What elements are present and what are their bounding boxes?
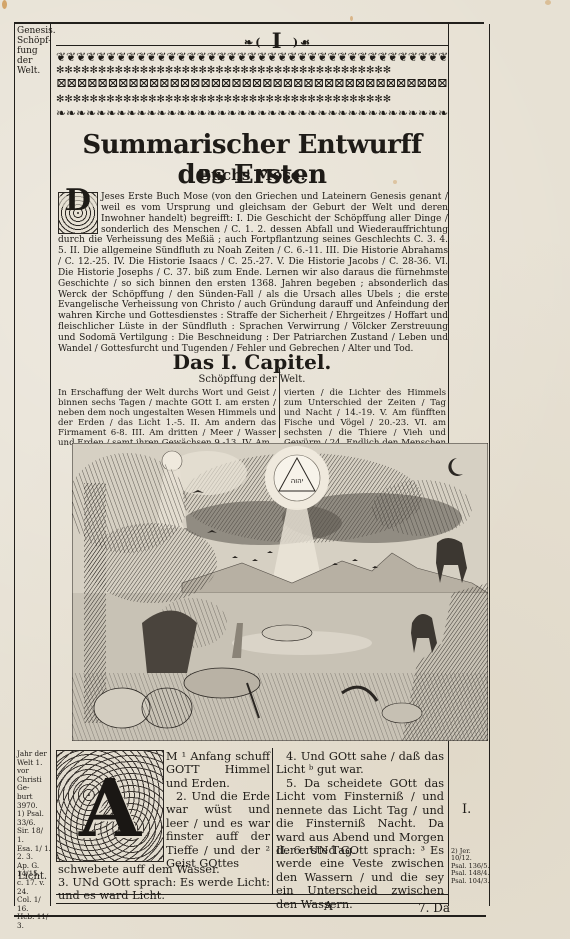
margin-cross-references: 2) Jer. 10/12. Psal. 136/5. Psal. 148/4.… <box>451 848 491 885</box>
margin-note-line: Sir. 18/ 1. <box>17 827 51 844</box>
margin-note-line: Heb. 11/ 3. <box>17 913 51 930</box>
chapter-argument-left: In Erschaffung der Welt durchs Wort und … <box>58 388 276 449</box>
margin-note-line: Welt 1. vor <box>17 759 51 776</box>
verse-1: M ¹ Anfang schuff GOTT Himmel und Erden. <box>166 750 270 790</box>
ornament-row: ✻✻✻✻✻✻✻✻✻✻✻✻✻✻✻✻✻✻✻✻✻✻✻✻✻✻✻✻✻✻✻✻✻✻✻✻✻✻✻✻ <box>56 93 448 107</box>
paper-stain <box>350 16 353 21</box>
creation-engraving: יהוה <box>72 443 488 741</box>
chapter-subtitle: Schöpffung der Welt. <box>56 374 448 385</box>
verse-3: 3. UNd GOtt sprach: Es werde Licht: und … <box>58 876 270 903</box>
verse-2: 2. Und die Erde war wüst und leer / und … <box>166 790 270 870</box>
catchword: 7. Da <box>418 901 450 915</box>
verse-column-divider <box>272 748 273 894</box>
margin-keyword: Licht. <box>18 872 52 882</box>
margin-note-line: 2) Jer. 10/12. <box>451 848 491 863</box>
margin-note-line: Christi Ge- <box>17 776 51 793</box>
ornament-row: ❧❧❧❧❧❧❧❧❧❧❧❧❧❧❧❧❧❧❧❧❧❧❧❧❧❧❧❧❧❧❧❧❧❧❧❧❧❧❧❧ <box>56 106 448 120</box>
fleuron-left-icon: ❧( <box>244 36 262 49</box>
chapter-title: Das I. Capitel. <box>56 350 448 374</box>
running-head-line: Genesis. <box>17 26 51 36</box>
ornament-row: ❦❦❦❦❦❦❦❦❦❦❦❦❦❦❦❦❦❦❦❦❦❦❦❦❦❦❦❦❦❦❦❦❦❦❦❦❦❦❦❦ <box>56 50 448 64</box>
running-head: Genesis. Schöpf- fung der Welt. <box>17 26 51 76</box>
outer-right-rule <box>489 24 490 906</box>
outer-left-rule <box>14 24 15 906</box>
signature-mark: A <box>324 899 333 913</box>
margin-chapter-numeral: I. <box>462 806 471 815</box>
top-rule <box>14 22 484 24</box>
margin-chronology-notes: Jahr der Welt 1. vor Christi Ge- burt 39… <box>17 750 51 930</box>
tetragrammaton-text: יהוה <box>291 477 304 485</box>
paper-stain <box>545 0 551 5</box>
bottom-rule <box>14 915 486 917</box>
summary-text: Jeses Erste Buch Mose (von den Griechen … <box>58 192 448 354</box>
book-summary: D Jeses Erste Buch Mose (von den Grieche… <box>58 192 448 355</box>
decorated-initial-A: A <box>56 750 164 862</box>
engraving-illustration: יהוה <box>72 443 488 741</box>
ornament-row: ⊠⊠⊠⊠⊠⊠⊠⊠⊠⊠⊠⊠⊠⊠⊠⊠⊠⊠⊠⊠⊠⊠⊠⊠⊠⊠⊠⊠⊠⊠⊠⊠⊠⊠⊠⊠⊠⊠⊠⊠ <box>56 77 448 91</box>
margin-note-line: Col. 1/ 16. <box>17 896 51 913</box>
margin-note-line: Esa. 1/ 1. 2. 3. <box>17 845 51 862</box>
verse-2-continued: schwebete auff dem Wasser. <box>58 863 270 876</box>
running-head-line: Schöpf- <box>17 36 51 46</box>
paper-stain <box>2 0 7 9</box>
initial-letter: D <box>59 196 97 207</box>
verse-4: 4. Und GOtt sahe / daß das Licht ᵇ gut w… <box>276 750 444 777</box>
margin-note-line: burt 3970. <box>17 793 51 810</box>
margin-note-line: Psal. 104/3. <box>451 878 491 885</box>
running-head-line: Welt. <box>17 66 51 76</box>
decorated-initial-D: D <box>58 192 98 234</box>
fleuron-right-icon: )☙ <box>293 36 312 49</box>
margin-note-line: 1) Psal. 33/6. <box>17 810 51 827</box>
ornament-row: ✻✻✻✻✻✻✻✻✻✻✻✻✻✻✻✻✻✻✻✻✻✻✻✻✻✻✻✻✻✻✻✻✻✻✻✻✻✻✻✻ <box>56 64 448 78</box>
initial-letter: A <box>57 761 163 855</box>
book-subtitle: Buchs Mose. <box>56 166 448 184</box>
running-head-line: fung der <box>17 46 51 66</box>
